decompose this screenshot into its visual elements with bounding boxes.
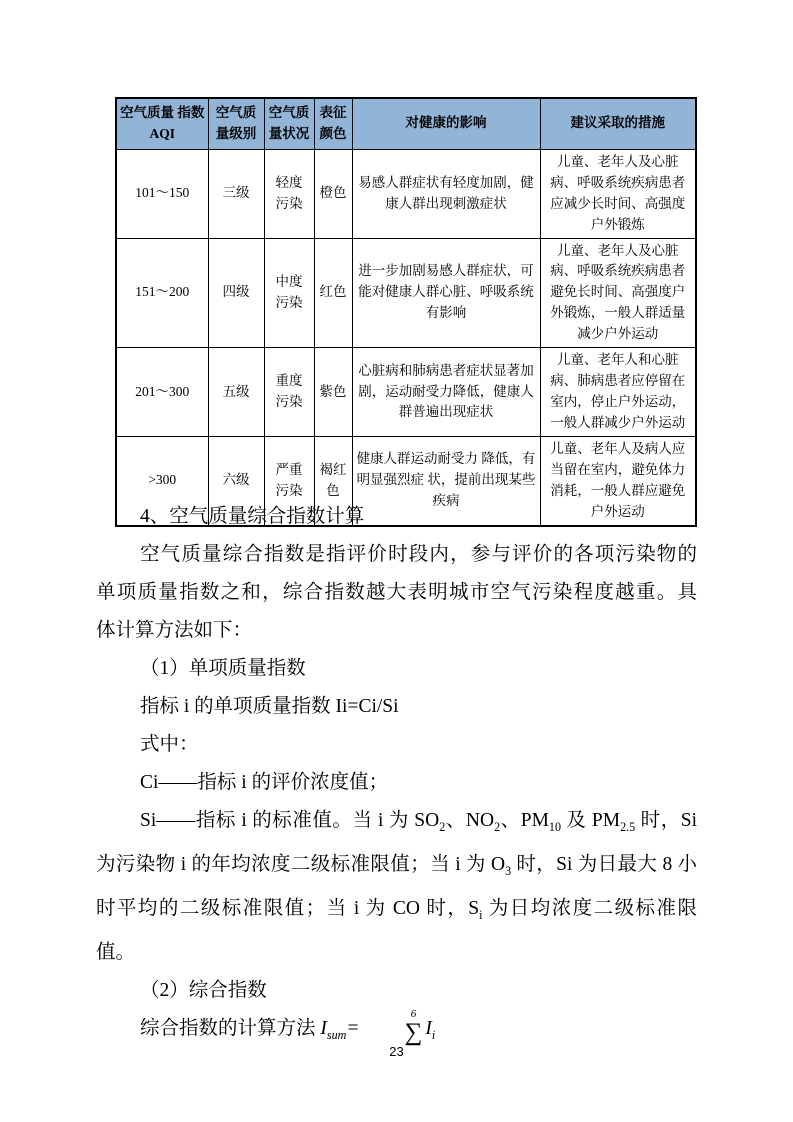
ci-line: Ci——指标 i 的评价浓度值； [96, 764, 697, 802]
text-run: 、PM [500, 810, 549, 831]
table-row: 101～150 三级 轻度 污染 橙色 易感人群症状有轻度加剧，健康人群出现刺激… [116, 149, 696, 238]
cell-status: 中度 污染 [264, 238, 314, 348]
subscript: 2.5 [620, 820, 635, 834]
cell-level: 三级 [208, 149, 264, 238]
page-number: 23 [0, 1044, 793, 1059]
si-paragraph-line: 值。 [96, 934, 697, 972]
list-item-2: （2）综合指数 [96, 972, 697, 1010]
cell-aqi: 201～300 [116, 348, 208, 437]
header-cell-aqi: 空气质量 指数 AQI [116, 98, 208, 149]
paragraph-line: 体计算方法如下： [96, 612, 697, 650]
shizhong-line: 式中： [96, 726, 697, 764]
text-run: 、NO [445, 810, 494, 831]
cell-aqi: 101～150 [116, 149, 208, 238]
text-run: 时，Si [635, 810, 697, 831]
si-paragraph-line: Si——指标 i 的标准值。当 i 为 SO2、NO2、PM10 及 PM2.5… [96, 802, 697, 846]
cell-health: 进一步加剧易感人群症状，可能对健康人群心脏、呼吸系统有影响 [352, 238, 540, 348]
text-run: 为污染物 i 的年均浓度二级标准限值；当 i 为 O [96, 854, 505, 875]
text-run: 时平均的二级标准限值；当 i 为 CO 时，S [96, 898, 479, 919]
cell-status: 重度 污染 [264, 348, 314, 437]
cell-advice: 儿童、老年人及心脏病、呼吸系统疾病患者应减少长时间、高强度户外锻炼 [540, 149, 696, 238]
cell-color: 紫色 [314, 348, 352, 437]
header-cell-advice: 建议采取的措施 [540, 98, 696, 149]
text-run: 为日均浓度二级标准限 [482, 898, 697, 919]
text-run: Si——指标 i 的标准值。当 i 为 SO [140, 810, 439, 831]
header-cell-color: 表征 颜色 [314, 98, 352, 149]
header-cell-health: 对健康的影响 [352, 98, 540, 149]
cell-status: 轻度 污染 [264, 149, 314, 238]
text-run: 时，Si 为日最大 8 小 [511, 854, 697, 875]
table-row: 151～200 四级 中度 污染 红色 进一步加剧易感人群症状，可能对健康人群心… [116, 238, 696, 348]
cell-color: 橙色 [314, 149, 352, 238]
cell-aqi: 151～200 [116, 238, 208, 348]
table-header-row: 空气质量 指数 AQI 空气质 量级别 空气质 量状况 表征 颜色 对健康的影响… [116, 98, 696, 149]
equals-sign: = [346, 1018, 359, 1039]
formula-subscript: sum [327, 1028, 346, 1042]
cell-level: 四级 [208, 238, 264, 348]
list-item-1: （1）单项质量指数 [96, 650, 697, 688]
header-cell-level: 空气质 量级别 [208, 98, 264, 149]
cell-health: 易感人群症状有轻度加剧，健康人群出现刺激症状 [352, 149, 540, 238]
si-paragraph-line: 时平均的二级标准限值；当 i 为 CO 时，Si 为日均浓度二级标准限 [96, 890, 697, 934]
paragraph-line: 单项质量指数之和，综合指数越大表明城市空气污染程度越重。具 [96, 574, 697, 612]
header-cell-status: 空气质 量状况 [264, 98, 314, 149]
formula-prefix: 综合指数的计算方法 [140, 1018, 320, 1039]
text-run: 及 PM [561, 810, 620, 831]
subscript: 10 [549, 820, 561, 834]
cell-advice: 儿童、老年人和心脏病、肺病患者应停留在室内，停止户外运动，一般人群减少户外运动 [540, 348, 696, 437]
cell-color: 红色 [314, 238, 352, 348]
paragraph-line: 空气质量综合指数是指评价时段内，参与评价的各项污染物的 [96, 536, 697, 574]
formula-subscript: i [432, 1028, 435, 1042]
sigma-symbol: 6∑ [361, 1009, 423, 1045]
cell-level: 五级 [208, 348, 264, 437]
section-heading: 4、空气质量综合指数计算 [96, 498, 697, 536]
si-paragraph-line: 为污染物 i 的年均浓度二级标准限值；当 i 为 O3 时，Si 为日最大 8 … [96, 846, 697, 890]
definition-line: 指标 i 的单项质量指数 Ii=Ci/Si [96, 688, 697, 726]
cell-advice: 儿童、老年人及心脏病、呼吸系统疾病患者避免长时间、高强度户外锻炼，一般人群适量减… [540, 238, 696, 348]
aqi-table: 空气质量 指数 AQI 空气质 量级别 空气质 量状况 表征 颜色 对健康的影响… [115, 97, 697, 527]
cell-health: 心脏病和肺病患者症状显著加剧，运动耐受力降低，健康人群普遍出现症状 [352, 348, 540, 437]
sigma-glyph: ∑ [361, 1020, 423, 1045]
body-text: 4、空气质量综合指数计算 空气质量综合指数是指评价时段内，参与评价的各项污染物的… [96, 498, 697, 1054]
table-row: 201～300 五级 重度 污染 紫色 心脏病和肺病患者症状显著加剧，运动耐受力… [116, 348, 696, 437]
